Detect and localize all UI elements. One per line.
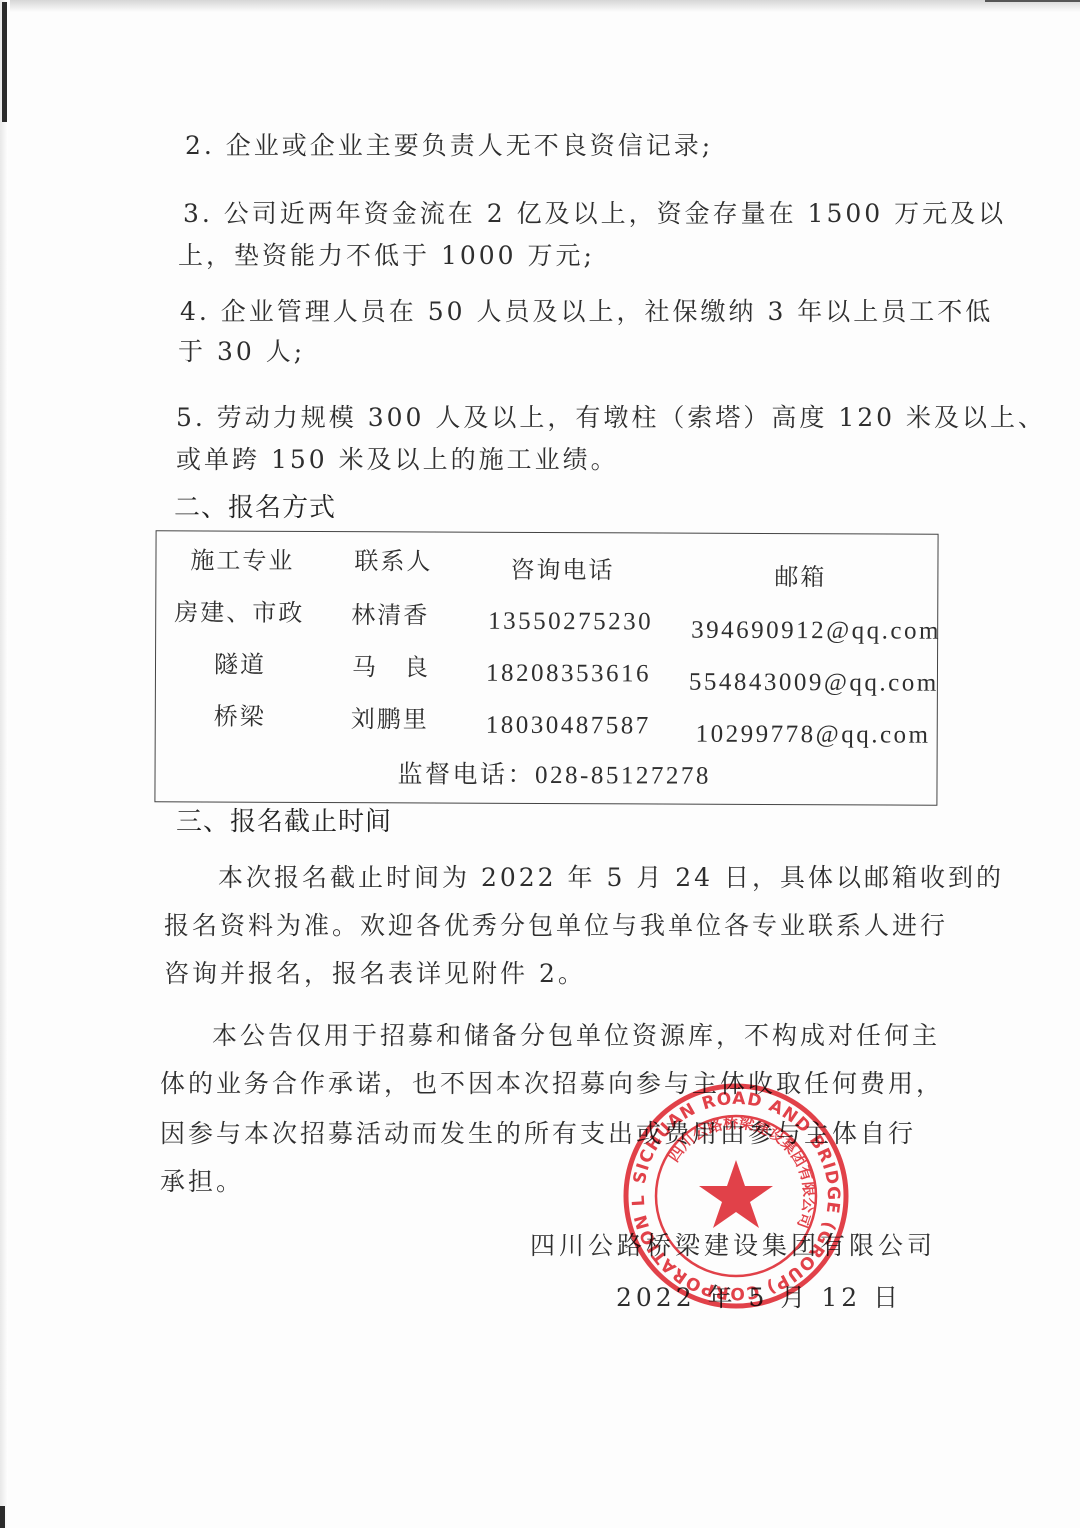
table-cell-specialty: 桥梁 <box>214 702 266 732</box>
disclaimer-paragraph-line: 本公告仅用于招募和储备分包单位资源库，不构成对任何主 <box>212 1020 940 1052</box>
table-cell-email: 394690912@qq.com <box>691 616 941 647</box>
requirement-5-continuation: 或单跨 150 米及以上的施工业绩。 <box>176 444 619 476</box>
table-header-phone: 咨询电话 <box>510 555 614 585</box>
table-header-specialty: 施工专业 <box>190 545 294 575</box>
table-header-contact: 联系人 <box>354 546 432 576</box>
document-page: 2. 企业或企业主要负责人无不良资信记录; 3. 公司近两年资金流在 2 亿及以… <box>0 0 1080 1528</box>
section-heading-registration-method: 二、报名方式 <box>174 492 336 524</box>
supervision-phone: 监督电话：028-85127278 <box>397 760 710 791</box>
requirement-3-continuation: 上，垫资能力不低于 1000 万元; <box>178 240 595 272</box>
table-cell-email: 10299778@qq.com <box>696 720 931 751</box>
requirement-2: 2. 企业或企业主要负责人无不良资信记录; <box>185 130 713 162</box>
deadline-paragraph-line: 咨询并报名，报名表详见附件 2。 <box>164 958 586 990</box>
table-cell-specialty: 房建、市政 <box>174 597 304 628</box>
requirement-5: 5. 劳动力规模 300 人及以上，有墩柱（索塔）高度 120 米及以上、 <box>176 402 1046 434</box>
scan-edge-mark <box>2 2 7 122</box>
scan-edge-mark <box>985 0 1080 2</box>
scan-edge-mark <box>0 1506 5 1528</box>
section-heading-deadline: 三、报名截止时间 <box>176 806 392 838</box>
requirement-4-continuation: 于 30 人; <box>178 336 305 368</box>
table-cell-contact: 刘鹏里 <box>351 704 429 734</box>
table-cell-email: 554843009@qq.com <box>689 668 939 699</box>
contact-table: 施工专业 联系人 咨询电话 邮箱 房建、市政 林清香 13550275230 3… <box>154 530 938 805</box>
requirement-4: 4. 企业管理人员在 50 人员及以上，社保缴纳 3 年以上员工不低 <box>180 296 993 328</box>
requirement-3: 3. 公司近两年资金流在 2 亿及以上，资金存量在 1500 万元及以 <box>183 198 1006 230</box>
deadline-paragraph-line: 本次报名截止时间为 2022 年 5 月 24 日，具体以邮箱收到的 <box>218 862 1004 894</box>
scan-shadow <box>10 0 1080 12</box>
table-header-email: 邮箱 <box>774 562 826 592</box>
table-cell-contact: 马 良 <box>352 652 430 682</box>
table-cell-phone: 13550275230 <box>488 607 653 638</box>
table-cell-specialty: 隧道 <box>214 650 266 680</box>
star-icon <box>699 1160 773 1228</box>
disclaimer-paragraph-line: 承担。 <box>160 1166 244 1198</box>
company-seal-icon: SICHUAN ROAD AND BRIDGE (GROUP) CORPORAT… <box>622 1082 850 1310</box>
table-cell-contact: 林清香 <box>351 600 429 630</box>
scan-edge <box>0 0 8 1528</box>
table-cell-phone: 18030487587 <box>486 711 651 742</box>
deadline-paragraph-line: 报名资料为准。欢迎各优秀分包单位与我单位各专业联系人进行 <box>164 910 948 942</box>
table-cell-phone: 18208353616 <box>486 659 651 690</box>
